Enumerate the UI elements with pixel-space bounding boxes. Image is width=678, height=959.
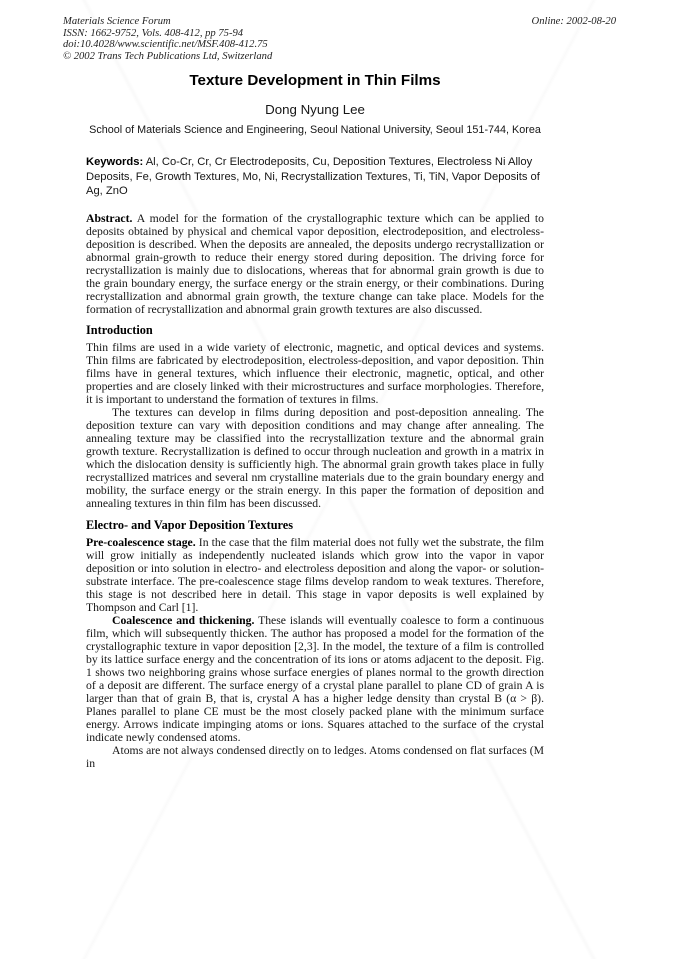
- article-column: Texture Development in Thin Films Dong N…: [86, 72, 544, 769]
- abstract-text: A model for the formation of the crystal…: [86, 212, 544, 316]
- introduction-paragraph-2: The textures can develop in films during…: [86, 406, 544, 510]
- affiliation-row: School of Materials Science and Engineer…: [86, 117, 544, 137]
- keywords-label: Keywords:: [86, 156, 143, 168]
- abstract-label: Abstract.: [86, 212, 132, 225]
- paper-page: Materials Science Forum ISSN: 1662-9752,…: [0, 0, 678, 959]
- journal-name: Materials Science Forum: [63, 16, 272, 28]
- keywords-text: Al, Co-Cr, Cr, Cr Electrodeposits, Cu, D…: [86, 156, 540, 197]
- coalescence-text: These islands will eventually coalesce t…: [86, 614, 544, 744]
- author-name: Dong Nyung Lee: [86, 102, 544, 117]
- section-heading-introduction: Introduction: [86, 324, 544, 337]
- keywords-block: Keywords: Al, Co-Cr, Cr, Cr Electrodepos…: [86, 155, 544, 198]
- journal-issn-line: ISSN: 1662-9752, Vols. 408-412, pp 75-94: [63, 28, 272, 40]
- online-date: Online: 2002-08-20: [532, 16, 616, 28]
- journal-header: Materials Science Forum ISSN: 1662-9752,…: [0, 0, 678, 62]
- introduction-paragraph-1: Thin films are used in a wide variety of…: [86, 341, 544, 406]
- abstract-paragraph: Abstract. A model for the formation of t…: [86, 212, 544, 316]
- atoms-paragraph: Atoms are not always condensed directly …: [86, 744, 544, 770]
- journal-header-left: Materials Science Forum ISSN: 1662-9752,…: [63, 16, 272, 62]
- pre-coalescence-paragraph: Pre-coalescence stage. In the case that …: [86, 536, 544, 614]
- pre-coalescence-lead: Pre-coalescence stage.: [86, 536, 196, 549]
- author-affiliation: School of Materials Science and Engineer…: [89, 124, 541, 137]
- coalescence-lead: Coalescence and thickening.: [112, 614, 254, 627]
- article-title: Texture Development in Thin Films: [86, 72, 544, 89]
- journal-copyright-line: © 2002 Trans Tech Publications Ltd, Swit…: [63, 51, 272, 63]
- coalescence-paragraph: Coalescence and thickening. These island…: [86, 614, 544, 744]
- journal-doi-line: doi:10.4028/www.scientific.net/MSF.408-4…: [63, 39, 272, 51]
- section-heading-deposition-textures: Electro- and Vapor Deposition Textures: [86, 519, 544, 532]
